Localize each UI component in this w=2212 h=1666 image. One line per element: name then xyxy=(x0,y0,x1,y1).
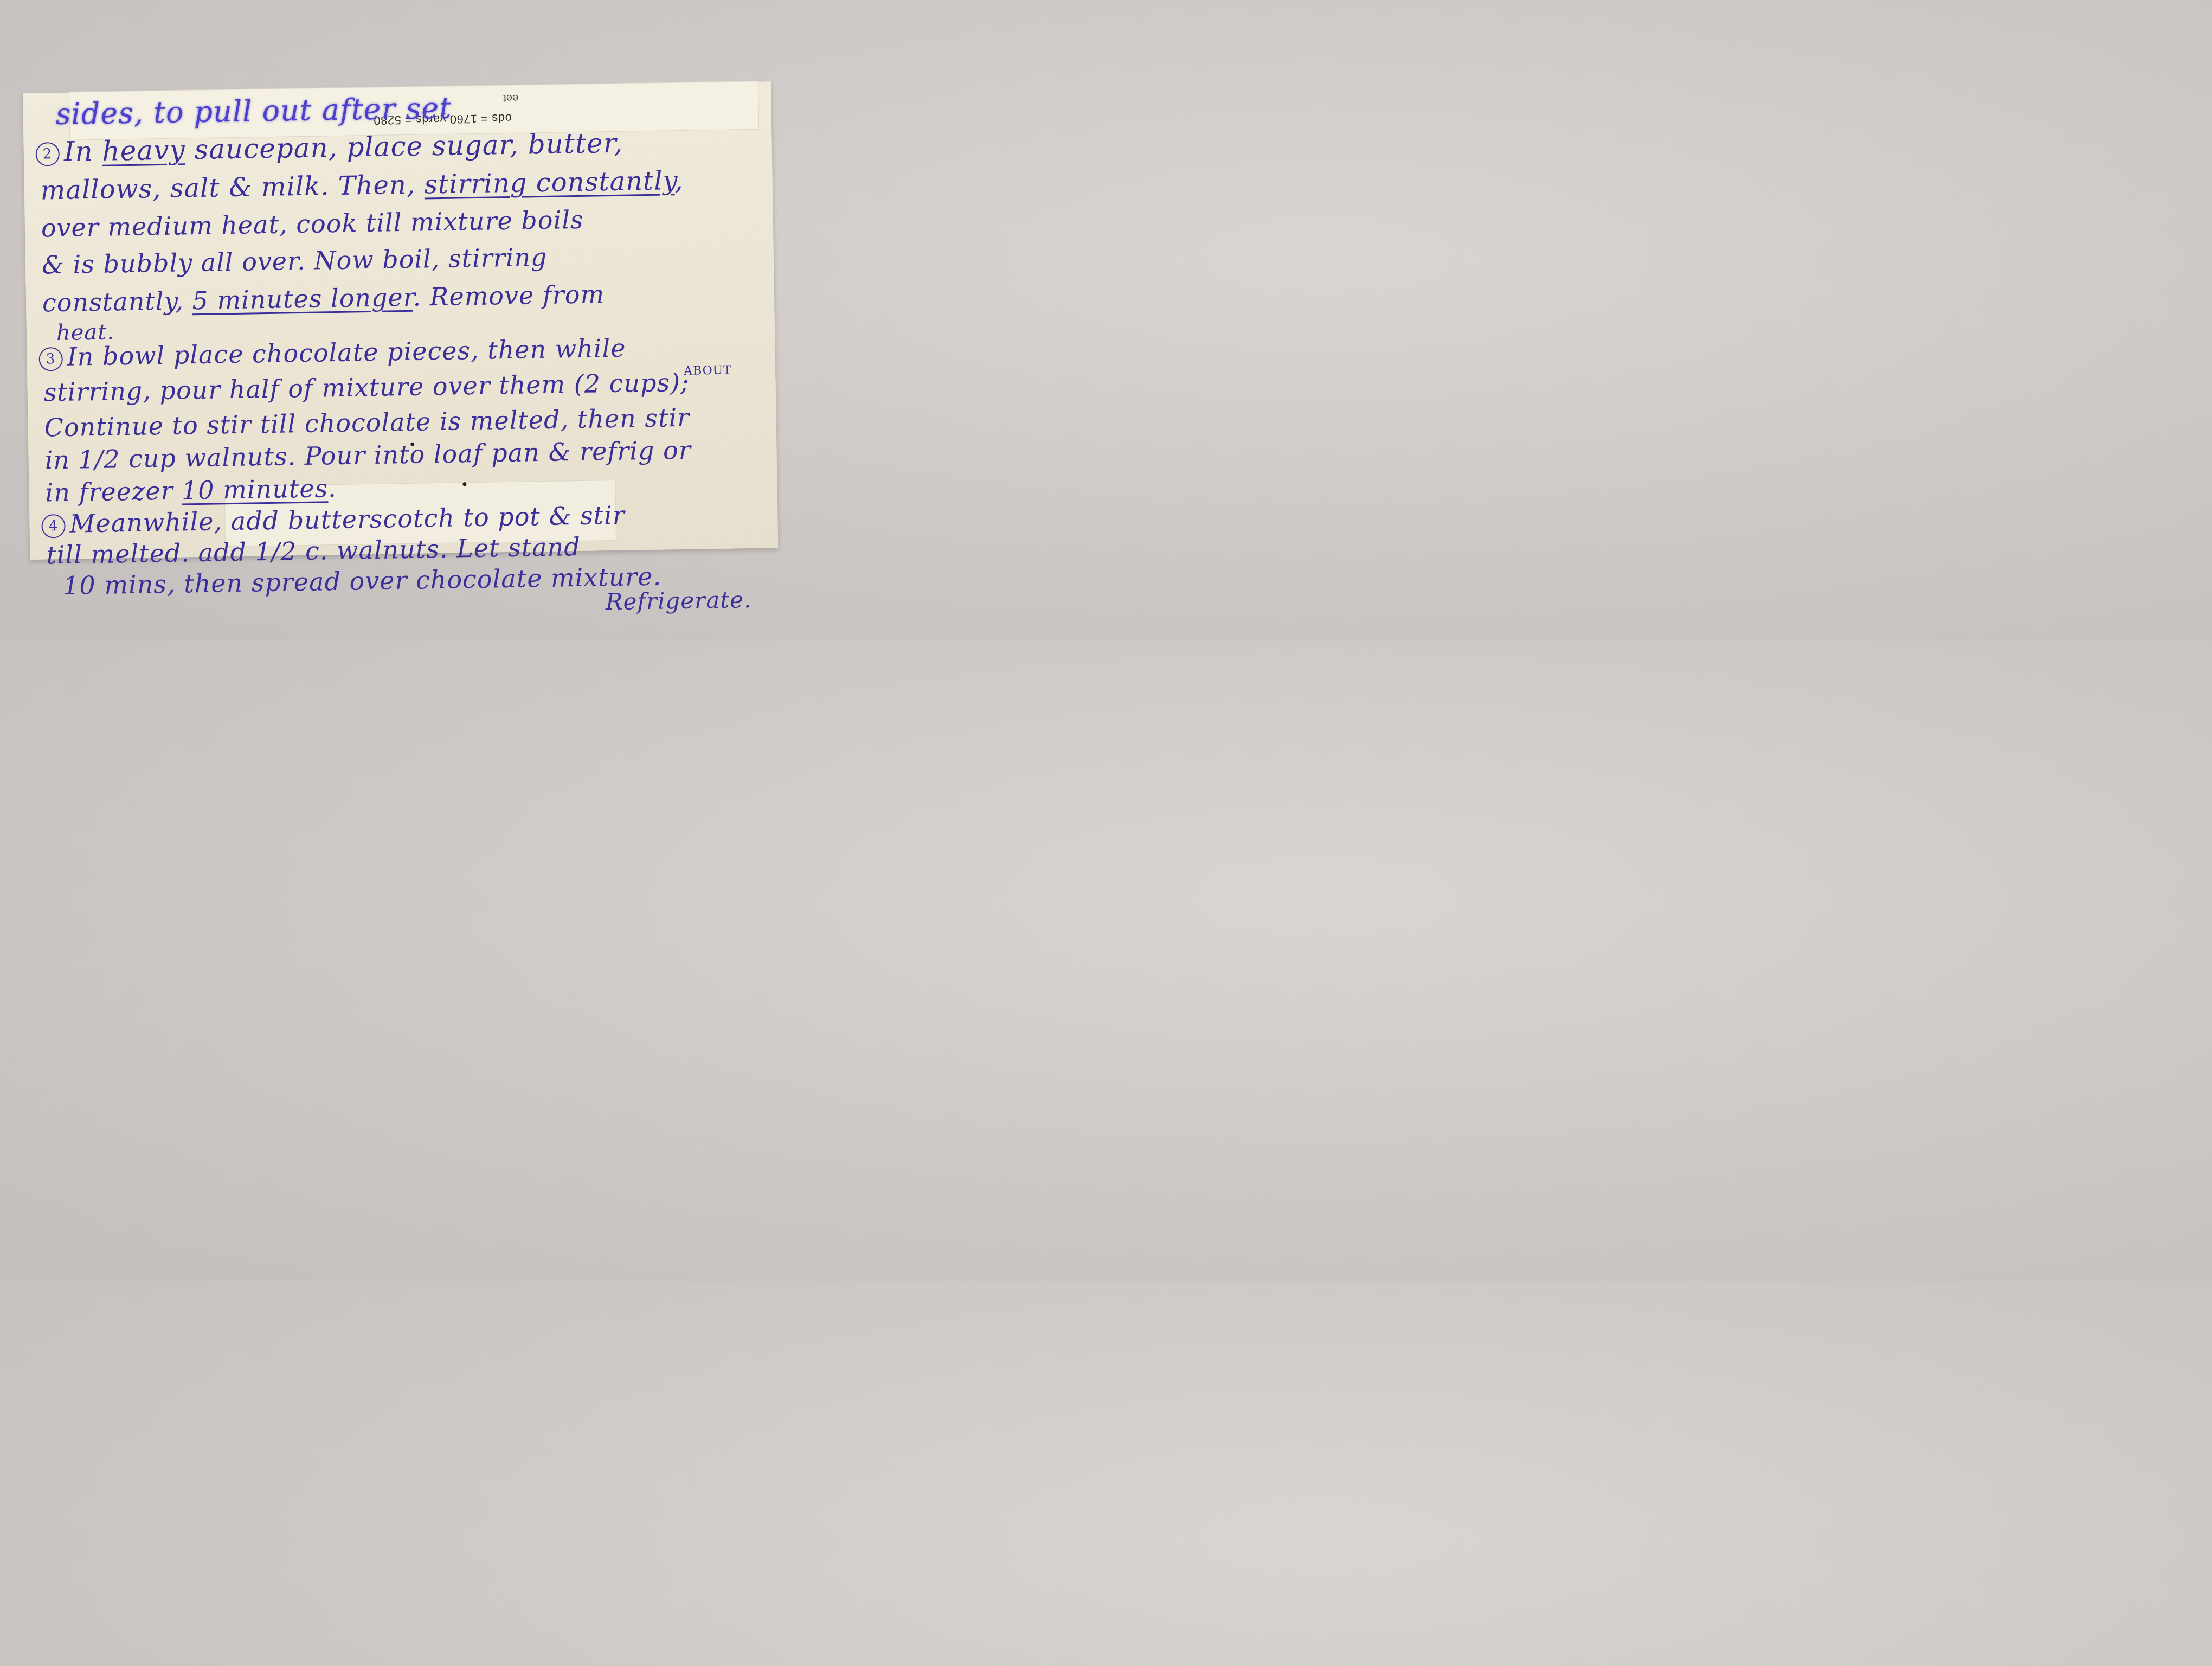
handwritten-line: in 1/2 cup walnuts. Pour into loaf pan &… xyxy=(44,435,691,475)
handwritten-line: & is bubbly all over. Now boil, stirring xyxy=(42,242,548,280)
underlined-text: 10 minutes xyxy=(182,473,329,505)
ink-spot xyxy=(462,482,466,486)
ink-spot xyxy=(410,443,414,446)
handwritten-line: mallows, salt & milk. Then, stirring con… xyxy=(40,165,684,206)
line-text: sides, to pull out after set xyxy=(55,91,452,131)
line-text: In xyxy=(63,136,102,168)
recipe-card: eet ods = 1760 yards = 5280 sides, to pu… xyxy=(23,81,778,560)
superscript-note: ABOUT xyxy=(684,364,732,378)
handwritten-line: Continue to stir till chocolate is melte… xyxy=(44,403,690,443)
line-text: Continue to stir till chocolate is melte… xyxy=(44,403,690,443)
handwritten-line: sides, to pull out after set xyxy=(55,91,452,131)
line-text: saucepan, place sugar, butter, xyxy=(185,127,623,166)
step-number-badge: 2 xyxy=(35,142,60,166)
line-text: . xyxy=(328,473,337,503)
line-text: mallows, salt & milk. Then, xyxy=(40,169,424,206)
underlined-text: stirring constantly xyxy=(424,165,675,200)
line-text: stirring, pour half of mixture over them… xyxy=(43,368,690,407)
line-text: constantly, xyxy=(42,286,192,317)
handwritten-line: Refrigerate. xyxy=(605,586,751,615)
handwritten-line: stirring, pour half of mixture over them… xyxy=(43,367,737,407)
line-text: & is bubbly all over. Now boil, stirring xyxy=(42,242,548,280)
handwritten-line: in freezer 10 minutes. xyxy=(45,473,337,507)
handwritten-line: 3In bowl place chocolate pieces, then wh… xyxy=(38,334,626,372)
underlined-text: heavy xyxy=(102,134,185,166)
step-number-badge: 4 xyxy=(41,514,66,539)
underlined-text: 5 minutes longer xyxy=(192,283,413,315)
line-text: in 1/2 cup walnuts. Pour into loaf pan &… xyxy=(44,435,691,475)
line-text: over medium heat, cook till mixture boil… xyxy=(41,205,583,243)
line-text: In bowl place chocolate pieces, then whi… xyxy=(67,334,626,371)
line-text: . Remove from xyxy=(413,279,605,312)
line-text: Refrigerate. xyxy=(605,586,751,615)
step-number-badge: 3 xyxy=(38,347,63,371)
handwritten-line: constantly, 5 minutes longer. Remove fro… xyxy=(42,279,605,317)
tape-printed-text: eet xyxy=(503,92,518,104)
line-text: in freezer xyxy=(45,476,182,507)
line-text: , xyxy=(674,165,684,196)
handwritten-line: over medium heat, cook till mixture boil… xyxy=(41,205,583,243)
